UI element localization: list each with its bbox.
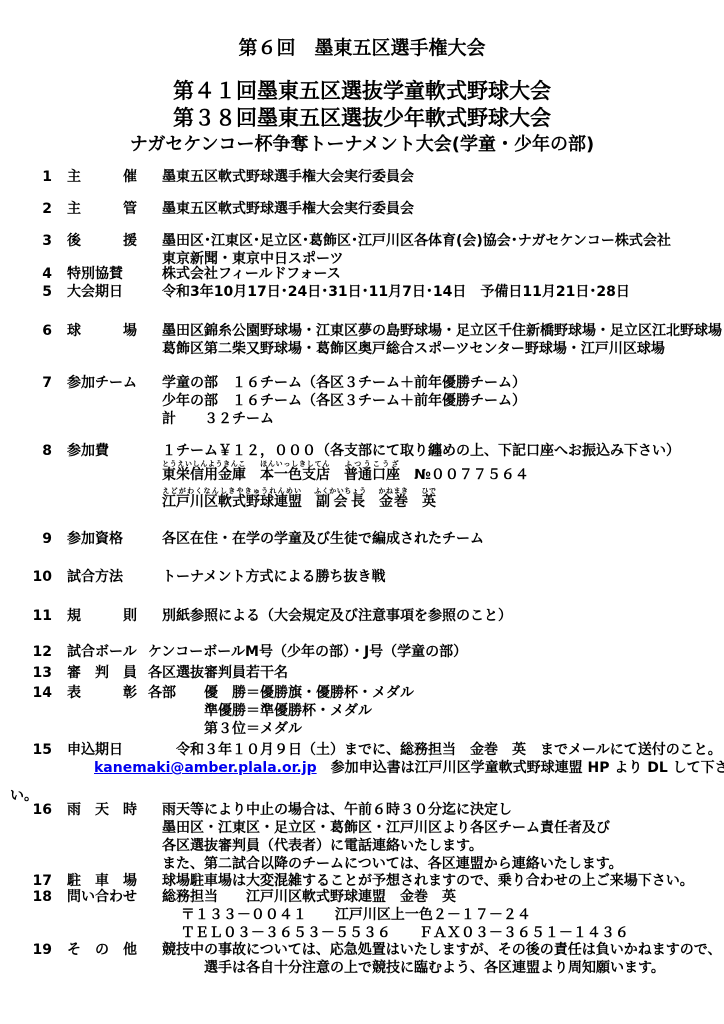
list-item: 7 参加チーム 学童の部 １６チーム（各区３チーム＋前年優勝チーム） 少年の部 … — [10, 374, 722, 428]
list-item: 1 主 催 墨東五区軟式野球選手権大会実行委員会 — [10, 168, 722, 186]
content-line: 墨東五区軟式野球選手権大会実行委員会 — [148, 168, 722, 186]
content-line: 墨東五区軟式野球選手権大会実行委員会 — [148, 200, 722, 218]
item-content: 墨田区･江東区･足立区･葛飾区･江戸川区各体育(会)協会･ナガセケンコー株式会社… — [148, 232, 722, 268]
list-item: 14 表 彰 各部 優 勝＝優勝旗・優勝杯・メダル 準優勝＝準優勝杯・メダル 第… — [10, 684, 722, 738]
list-item: 3 後 援 墨田区･江東区･足立区･葛飾区･江戸川区各体育(会)協会･ナガセケン… — [10, 232, 722, 268]
item-label: 規 則 — [67, 607, 137, 625]
item-number: 14 — [10, 684, 52, 702]
item-label: 試合方法 — [67, 568, 137, 586]
ruby-word: 普通口座ふつうこうざ — [344, 467, 400, 483]
item-label: 参加チーム — [67, 374, 137, 392]
item-content: １チーム￥１２，０００（各支部にて取り纏めの上、下記口座へお振込み下さい） 東栄… — [148, 442, 722, 514]
item-label: 特別協賛 — [67, 265, 137, 283]
item-content: 学童の部 １６チーム（各区３チーム＋前年優勝チーム） 少年の部 １６チーム（各区… — [148, 374, 722, 428]
item-number: 5 — [10, 283, 52, 301]
item-label: 試合ボール — [67, 643, 137, 661]
item-label: 申込期日 — [67, 741, 137, 759]
title-line-3: 第３８回墨東五区選抜少年軟式野球大会 — [0, 106, 724, 131]
content-line: 各部 優 勝＝優勝旗・優勝杯・メダル — [148, 684, 722, 702]
item-number: 3 — [10, 232, 52, 250]
item-label: 球 場 — [67, 322, 137, 340]
content-line: 雨天等により中止の場合は、午前６時３０分迄に決定し — [148, 801, 722, 819]
content-line: 各区選抜審判員（代表者）に電話連絡いたします。 — [148, 837, 722, 855]
title-line-1: 第６回 墨東五区選手権大会 — [0, 37, 724, 60]
item-label: 雨 天 時 — [67, 801, 137, 819]
title-line-4: ナガセケンコー杯争奪トーナメント大会(学童・少年の部) — [0, 134, 724, 156]
list-item: 2 主 管 墨東五区軟式野球選手権大会実行委員会 — [10, 200, 722, 218]
item-label: 問い合わせ — [67, 888, 137, 906]
ruby-word: 英ひで — [422, 494, 437, 510]
document-page: 第６回 墨東五区選手権大会 第４１回墨東五区選抜学童軟式野球大会 第３８回墨東五… — [0, 0, 724, 1024]
item-content: 墨東五区軟式野球選手権大会実行委員会 — [148, 168, 722, 186]
title-line-2: 第４１回墨東五区選抜学童軟式野球大会 — [0, 79, 724, 104]
list-item: 6 球 場 墨田区錦糸公園野球場・江東区夢の島野球場・足立区千住新橋野球場・足立… — [10, 322, 722, 358]
line-text: 参加申込書は江戸川区学童軟式野球連盟 HP より DL して下さ — [317, 760, 724, 776]
item-number: 7 — [10, 374, 52, 392]
item-label: 参加資格 — [67, 530, 137, 548]
item-number: 2 — [10, 200, 52, 218]
list-item: 13 審 判 員 各区選抜審判員若干名 — [10, 664, 722, 682]
item-content: 各区在住・在学の学童及び生徒で編成されたチーム — [148, 530, 722, 548]
content-line: 別紙参照による（大会規定及び注意事項を参照のこと） — [148, 607, 722, 625]
item-content: 競技中の事故については、応急処置はいたしますが、その後の責任は負いかねますので、… — [148, 941, 722, 977]
item-label: 参加費 — [67, 442, 137, 460]
content-line: ＴＥＬ０３－３６５３－５５３６ ＦＡＸ０３－３６５１－１４３６ — [148, 924, 722, 942]
item-number: 11 — [10, 607, 52, 625]
content-line: 各区選抜審判員若干名 — [148, 664, 722, 682]
furigana-line: 東栄信用金庫とうえいしんようきんこ 本一色支店ほんいっしきしてん 普通口座ふつう… — [148, 460, 722, 487]
item-number: 12 — [10, 643, 52, 661]
content-line: 令和３年１０月９日（土）までに、総務担当 金巻 英 までメールにて送付のこと。 — [148, 741, 722, 759]
item-content: 令和3年10月17日･24日･31日･11月7日･14日 予備日11月21日･2… — [148, 283, 722, 301]
content-line: 選手は各自十分注意の上で競技に臨むよう、各区連盟より周知願います。 — [148, 959, 722, 977]
item-number: 6 — [10, 322, 52, 340]
item-content: 別紙参照による（大会規定及び注意事項を参照のこと） — [148, 607, 722, 625]
item-label: 表 彰 — [67, 684, 137, 702]
content-line: 株式会社フィールドフォース — [148, 265, 722, 283]
ruby-word: 江戸川区軟式野球連盟えどがわくなんしきやきゅうれんめい — [162, 494, 302, 510]
content-line: 少年の部 １６チーム（各区３チーム＋前年優勝チーム） — [148, 392, 722, 410]
item-content: トーナメント方式による勝ち抜き戦 — [148, 568, 722, 586]
item-content: 各部 優 勝＝優勝旗・優勝杯・メダル 準優勝＝準優勝杯・メダル 第３位＝メダル — [148, 684, 722, 738]
content-line: 第３位＝メダル — [148, 720, 722, 738]
list-item: 18 問い合わせ 総務担当 江戸川区軟式野球連盟 金巻 英 〒１３３－００４１ … — [10, 888, 722, 942]
item-label: 主 管 — [67, 200, 137, 218]
item-number: 13 — [10, 664, 52, 682]
ruby-word: 東栄信用金庫とうえいしんようきんこ — [162, 467, 246, 483]
item-number: 10 — [10, 568, 52, 586]
content-line: 葛飾区第二柴又野球場・葛飾区奥戸総合スポーツセンター野球場・江戸川区球場 — [148, 340, 722, 358]
item-number: 4 — [10, 265, 52, 283]
content-line: 墨田区錦糸公園野球場・江東区夢の島野球場・足立区千住新橋野球場・足立区江北野球場 — [148, 322, 722, 340]
list-item: 19 そ の 他 競技中の事故については、応急処置はいたしますが、その後の責任は… — [10, 941, 722, 977]
content-line: 墨田区・江東区・足立区・葛飾区・江戸川区より各区チーム責任者及び — [148, 819, 722, 837]
list-item: 16 雨 天 時 雨天等により中止の場合は、午前６時３０分迄に決定し 墨田区・江… — [10, 801, 722, 873]
item-content: 墨田区錦糸公園野球場・江東区夢の島野球場・足立区千住新橋野球場・足立区江北野球場… — [148, 322, 722, 358]
content-line: 〒１３３－００４１ 江戸川区上一色２－１７－２４ — [148, 906, 722, 924]
content-line: 総務担当 江戸川区軟式野球連盟 金巻 英 — [148, 888, 722, 906]
list-item: 12 試合ボール ケンコーボールM号（少年の部）・J号（学童の部） — [10, 643, 722, 661]
content-line: 学童の部 １６チーム（各区３チーム＋前年優勝チーム） — [148, 374, 722, 392]
content-line: １チーム￥１２，０００（各支部にて取り纏めの上、下記口座へお振込み下さい） — [148, 442, 722, 460]
content-line: 令和3年10月17日･24日･31日･11月7日･14日 予備日11月21日･2… — [148, 283, 722, 301]
item-number: 18 — [10, 888, 52, 906]
line-text — [10, 760, 94, 776]
content-line: 墨田区･江東区･足立区･葛飾区･江戸川区各体育(会)協会･ナガセケンコー株式会社 — [148, 232, 722, 250]
content-line: トーナメント方式による勝ち抜き戦 — [148, 568, 722, 586]
item-label: 後 援 — [67, 232, 137, 250]
item-content: 令和３年１０月９日（土）までに、総務担当 金巻 英 までメールにて送付のこと。 … — [148, 741, 722, 805]
list-item: 4 特別協賛 株式会社フィールドフォース — [10, 265, 722, 283]
list-item: 15 申込期日 令和３年１０月９日（土）までに、総務担当 金巻 英 までメールに… — [10, 741, 722, 805]
content-line: 各区在住・在学の学童及び生徒で編成されたチーム — [148, 530, 722, 548]
content-line: また、第二試合以降のチームについては、各区連盟から連絡いたします。 — [148, 855, 722, 873]
content-line: kanemaki@amber.plala.or.jp 参加申込書は江戸川区学童軟… — [10, 759, 722, 777]
item-label: 主 催 — [67, 168, 137, 186]
list-item: 8 参加費 １チーム￥１２，０００（各支部にて取り纏めの上、下記口座へお振込み下… — [10, 442, 722, 514]
item-number: 9 — [10, 530, 52, 548]
content-line: 準優勝＝準優勝杯・メダル — [148, 702, 722, 720]
item-label: 審 判 員 — [67, 664, 137, 682]
ruby-word: 金巻かねまき — [379, 494, 408, 510]
item-label: 大会期日 — [67, 283, 137, 301]
list-item: 9 参加資格 各区在住・在学の学童及び生徒で編成されたチーム — [10, 530, 722, 548]
ruby-word: 本一色支店ほんいっしきしてん — [260, 467, 330, 483]
content-line: 競技中の事故については、応急処置はいたしますが、その後の責任は負いかねますので、 — [148, 941, 722, 959]
content-line: 計 ３２チーム — [148, 410, 722, 428]
item-number: 19 — [10, 941, 52, 959]
item-content: ケンコーボールM号（少年の部）・J号（学童の部） — [148, 643, 722, 661]
ruby-word: 副会長ふくかいちょう — [316, 494, 365, 510]
item-content: 墨東五区軟式野球選手権大会実行委員会 — [148, 200, 722, 218]
item-number: 8 — [10, 442, 52, 460]
email-link[interactable]: kanemaki@amber.plala.or.jp — [94, 760, 317, 776]
item-number: 16 — [10, 801, 52, 819]
item-content: 各区選抜審判員若干名 — [148, 664, 722, 682]
item-number: 1 — [10, 168, 52, 186]
content-line: ケンコーボールM号（少年の部）・J号（学童の部） — [148, 643, 722, 661]
list-item: 5 大会期日 令和3年10月17日･24日･31日･11月7日･14日 予備日1… — [10, 283, 722, 301]
furigana-line: 江戸川区軟式野球連盟えどがわくなんしきやきゅうれんめい 副会長ふくかいちょう 金… — [148, 487, 722, 514]
item-content: 総務担当 江戸川区軟式野球連盟 金巻 英 〒１３３－００４１ 江戸川区上一色２－… — [148, 888, 722, 942]
item-number: 15 — [10, 741, 52, 759]
item-content: 株式会社フィールドフォース — [148, 265, 722, 283]
item-content: 雨天等により中止の場合は、午前６時３０分迄に決定し 墨田区・江東区・足立区・葛飾… — [148, 801, 722, 873]
item-label: そ の 他 — [67, 941, 137, 959]
list-item: 11 規 則 別紙参照による（大会規定及び注意事項を参照のこと） — [10, 607, 722, 625]
list-item: 10 試合方法 トーナメント方式による勝ち抜き戦 — [10, 568, 722, 586]
